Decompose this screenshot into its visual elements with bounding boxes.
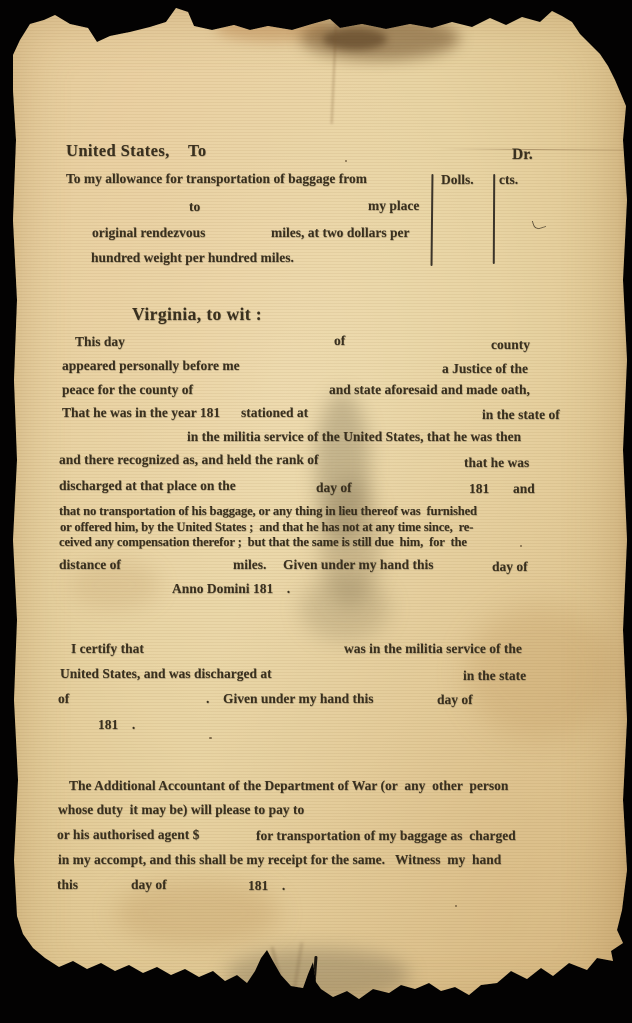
day-of-label-4: day of: [131, 877, 167, 893]
aged-paper-sheet: United States, To Dr. Dolls. cts. To my …: [0, 0, 632, 1023]
ink-speck-4: [455, 905, 457, 907]
receipt-line-1: The Additional Accountant of the Departm…: [69, 778, 508, 794]
form-header-united-states: United States,: [66, 141, 170, 161]
peace-county-line: peace for the county of: [62, 382, 193, 398]
my-place-label: my place: [368, 198, 419, 214]
certify-militia-line: was in the militia service of the: [344, 641, 522, 657]
certify-label: I certify that: [71, 641, 144, 657]
allowance-line: To my allowance for transportation of ba…: [66, 171, 367, 187]
crease-vertical-top: [331, 16, 338, 124]
receipt-line-4: in my accompt, and this shall be my rece…: [58, 852, 501, 868]
miles-word: miles.: [233, 557, 266, 573]
receipt-line-2: whose duty it may be) will please to pay…: [58, 802, 304, 818]
that-he-was-label: that he was: [464, 455, 529, 471]
this-word: this: [57, 877, 78, 893]
of-word-1: of: [334, 333, 345, 349]
discharged-line: discharged at that place on the: [59, 478, 236, 494]
of-word-2: of: [58, 691, 69, 707]
year-blank-181-b: 181 .: [98, 717, 135, 733]
stain-top-tan: [215, 14, 330, 42]
miles-rate-line: miles, at two dollars per: [271, 225, 409, 241]
given-hand-line-1: Given under my hand this: [283, 557, 434, 573]
in-the-state-label: in the state: [463, 668, 526, 684]
no-transportation-para-line2: or offered him, by the United States ; a…: [60, 520, 473, 535]
ink-speck-2: [520, 545, 522, 547]
county-label: county: [491, 337, 530, 353]
day-of-label-2: day of: [492, 559, 528, 575]
day-of-label-3: day of: [437, 692, 473, 708]
stain-top-dark: [300, 16, 460, 60]
paper-tear-crack: [311, 956, 317, 1000]
distance-of-label: distance of: [59, 557, 121, 573]
stationed-at-label: stationed at: [241, 405, 308, 421]
day-of-label-1: day of: [316, 480, 352, 496]
and-word: and: [513, 481, 535, 497]
stain-top-dark-core: [323, 28, 387, 50]
certify-discharged-line: United States, and was discharged at: [60, 666, 272, 682]
militia-service-line: in the militia service of the United Sta…: [187, 429, 521, 445]
justice-label: a Justice of the: [442, 361, 528, 377]
receipt-line-3b: for transportation of my baggage as char…: [256, 828, 516, 844]
this-day-label: This day: [75, 334, 125, 350]
original-rendezvous-label: original rendezvous: [92, 225, 205, 241]
rank-line: and there recognized as, and held the ra…: [59, 452, 319, 468]
year-line: That he was in the year 181: [62, 405, 220, 421]
crease-fold-bottom-2: [291, 942, 303, 1004]
cents-column-rule: [493, 174, 495, 264]
column-label-dolls: Dolls.: [441, 172, 474, 188]
hundred-weight-line: hundred weight per hundred miles.: [91, 250, 294, 266]
anno-domini-line: Anno Domini 181 .: [172, 581, 290, 597]
form-header-to: To: [188, 141, 207, 161]
in-state-of-label: in the state of: [482, 407, 560, 423]
dollars-column-rule: [431, 174, 434, 266]
stain-bottom-gray: [225, 948, 410, 1003]
ink-speck-1: [345, 160, 347, 162]
no-transportation-para-line1: that no transportation of his baggage, o…: [59, 504, 477, 519]
appeared-line: appeared personally before me: [62, 358, 240, 374]
state-oath-line: and state aforesaid and made oath,: [329, 382, 530, 398]
pen-flick-mark: [532, 217, 547, 230]
scanned-document-scene: United States, To Dr. Dolls. cts. To my …: [0, 0, 632, 1023]
given-hand-line-2: . Given under my hand this: [206, 691, 374, 707]
crease-fold-bottom-1: [271, 947, 287, 1004]
ink-speck-3: [209, 737, 212, 739]
stain-mid-smudge-3: [300, 575, 390, 641]
affidavit-heading: Virginia, to wit :: [132, 304, 262, 325]
blank-to-word: to: [189, 199, 200, 215]
no-transportation-para-line3: ceived any compensation therefor ; but t…: [59, 535, 467, 550]
authorised-agent-label: or his authorised agent $: [57, 827, 199, 843]
paper-tear-gap: [304, 989, 325, 1023]
year-blank-181-a: 181: [469, 481, 489, 497]
column-label-cts: cts.: [499, 172, 518, 188]
year-blank-181-c: 181 .: [248, 878, 285, 894]
form-header-dr: Dr.: [512, 146, 533, 164]
